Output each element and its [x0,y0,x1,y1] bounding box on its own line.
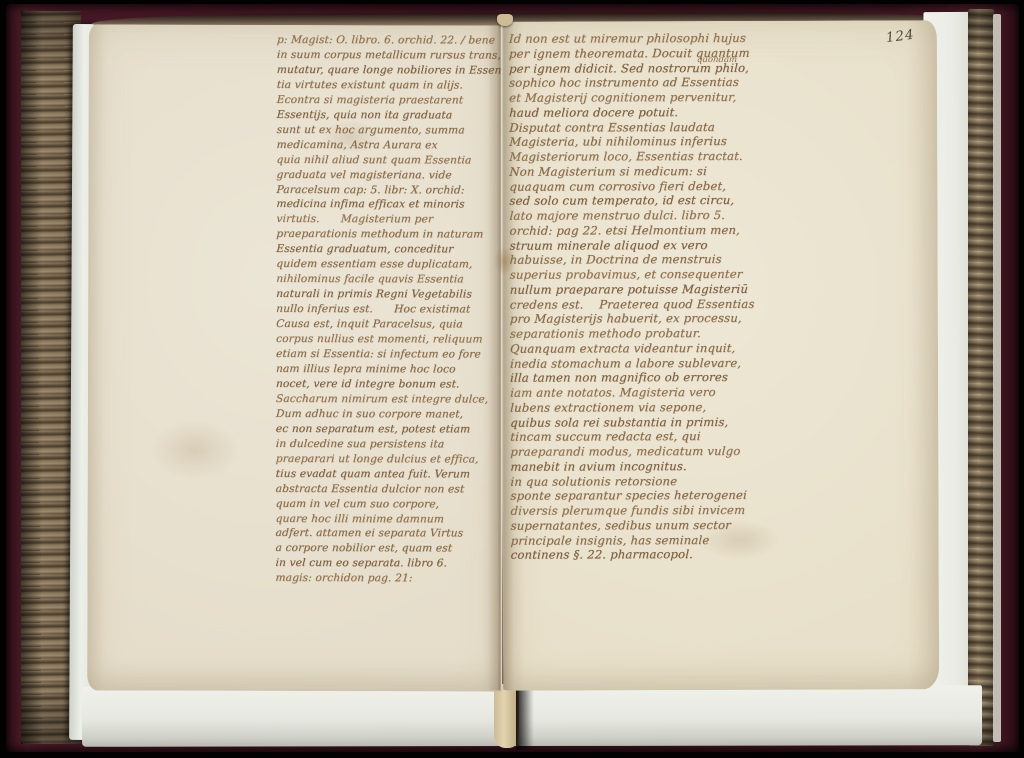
manuscript-line: nihilominus facile quavis Essentia [276,272,507,288]
manuscript-line: nocet, vere id integre bonum est. [276,377,507,393]
manuscript-line: a corpore nobilior est, quam est [275,541,506,557]
manuscript-line: quam in vel cum suo corpore, [275,496,506,512]
manuscript-line: nullo inferius est. Hoc existimat [276,302,507,318]
manuscript-line: inedia stomachum a labore sublevare, [510,355,821,371]
manuscript-line: abstracta Essentia dulcior non est [275,482,506,498]
manuscript-line: praeparationis methodum in naturam [276,227,507,243]
manuscript-line: sponte separantur species heterogenei [510,488,821,504]
manuscript-line: haud meliora docere potuit. [509,104,820,120]
manuscript-line: corpus nullius est momenti, reliquum [276,332,507,348]
manuscript-line: lato majore menstruo dulci. libro 5. [509,208,820,224]
left-page-text-column: p: Magist: O. libro. 6. orchid. 22. / be… [275,33,506,587]
manuscript-line: p: Magist: O. libro. 6. orchid. 22. / be… [276,33,507,49]
manuscript-line: pro Magisterijs habuerit, ex processu, [510,311,821,327]
manuscript-line: tius evadat quam antea fuit. Verum [275,467,506,483]
manuscript-line: tincam succum redacta est, qui [510,429,821,445]
manuscript-line: nam illius lepra minime hoc loco [276,362,507,378]
manuscript-line: struum minerale aliquod ex vero [509,237,820,253]
manuscript-line: superius probavimus, et consequenter [509,267,820,283]
gutter-ink-stain [494,246,516,276]
right-page: 124 Id non est ut miremur philosophi huj… [501,20,939,691]
manuscript-line: manebit in avium incognitus. [510,458,821,474]
manuscript-line: Saccharum nimirum est integre dulce, [275,392,506,408]
manuscript-line: in dulcedine sua persistens ita [275,437,506,453]
manuscript-line: tia virtutes existunt quam in alijs. [276,78,507,94]
manuscript-line: separationis methodo probatur. [510,326,821,342]
manuscript-line: Magisteriorum loco, Essentias tractat. [509,149,820,165]
manuscript-line: et Magisterij cognitionem pervenitur, [509,90,820,106]
manuscript-line: sed solo cum temperato, id est circu, [509,193,820,209]
manuscript-line: in qua solutionis retorsione [510,473,821,489]
manuscript-line: nullum praeparare potuisse Magisteriū [509,281,820,297]
manuscript-photo: p: Magist: O. libro. 6. orchid. 22. / be… [0,0,1024,758]
manuscript-line: quare hoc illi minime damnum [275,511,506,527]
manuscript-line: praeparandi modus, medicatum vulgo [510,444,821,460]
paper-stain [150,420,240,480]
interlinear-insertion: quondam [697,55,738,65]
manuscript-line: illa tamen non magnifico ob errores [510,370,821,386]
right-page-text-column: Id non est ut miremur philosophi hujuspe… [509,31,821,563]
manuscript-line: Econtra si magisteria praestarent [276,93,507,109]
manuscript-line: quaquam cum corrosivo fieri debet, [509,178,820,194]
manuscript-line: orchid: pag 22. etsi Helmontium men, [509,222,820,238]
manuscript-line: quidem essentiam esse duplicatam, [276,257,507,273]
manuscript-line: Paracelsum cap: 5. libr: X. orchid: [276,182,507,198]
manuscript-line: adfert. attamen ei separata Virtus [275,526,506,542]
manuscript-line: medicina infima efficax et minoris [276,197,507,213]
manuscript-line: credens est. Praeterea quod Essentias [509,296,820,312]
manuscript-line: diversis plerumque fundis sibi invicem [510,503,821,519]
manuscript-line: quia nihil aliud sunt quam Essentia [276,153,507,169]
manuscript-line: graduata vel magisteriana. vide [276,168,507,184]
manuscript-line: mutatur, quare longe nobiliores in Essen [276,63,507,79]
manuscript-line: magis: orchidon pag. 21: [275,571,506,587]
manuscript-line: Causa est, inquit Paracelsus, quia [276,317,507,333]
manuscript-line: Essentijs, quia non ita graduata [276,108,507,124]
manuscript-line: Quanquam extracta videantur inquit, [510,340,821,356]
manuscript-line: Essentia graduatum, conceditur [276,242,507,258]
manuscript-line: praeparari ut longe dulcius et effica, [275,452,506,468]
manuscript-line: lubens extractionem via sepone, [510,399,821,415]
paper-stain [700,520,780,560]
manuscript-line: Dum adhuc in suo corpore manet, [275,407,506,423]
manuscript-line: Id non est ut miremur philosophi hujus [509,31,820,47]
page-number: 124 [885,27,916,46]
manuscript-line: Disputat contra Essentias laudata [509,119,820,135]
manuscript-line: sophico hoc instrumento ad Essentias [509,75,820,91]
manuscript-line: in suum corpus metallicum rursus trans, [276,48,507,64]
left-page: p: Magist: O. libro. 6. orchid. 22. / be… [87,24,504,691]
manuscript-line: iam ante notatos. Magisteria vero [510,385,821,401]
right-endpaper-strip [993,14,1001,742]
manuscript-line: in vel cum eo separata. libro 6. [275,556,506,572]
manuscript-line: etiam si Essentia: si infectum eo fore [276,347,507,363]
right-old-page-edges [968,9,994,746]
manuscript-line: ec non separatum est, potest etiam [275,422,506,438]
manuscript-line: medicamina, Astra Aurara ex [276,138,507,154]
manuscript-line: habuisse, in Doctrina de menstruis [509,252,820,268]
manuscript-line: sunt ut ex hoc argumento, summa [276,123,507,139]
manuscript-line: virtutis. Magisterium per [276,212,507,228]
manuscript-line: Non Magisterium si medicum: si [509,163,820,179]
gutter-top-page-edge [497,14,513,26]
manuscript-line: per ignem theoremata. Docuit quantum [509,45,820,61]
manuscript-line: Magisteria, ubi nihilominus inferius [509,134,820,150]
gutter-bottom-shadow [516,684,534,750]
manuscript-line: naturali in primis Regni Vegetabilis [276,287,507,303]
manuscript-line: per ignem didicit. Sed nostrorum philo, [509,60,820,76]
manuscript-line: quibus sola rei substantia in primis, [510,414,821,430]
paper-stain [320,120,380,154]
